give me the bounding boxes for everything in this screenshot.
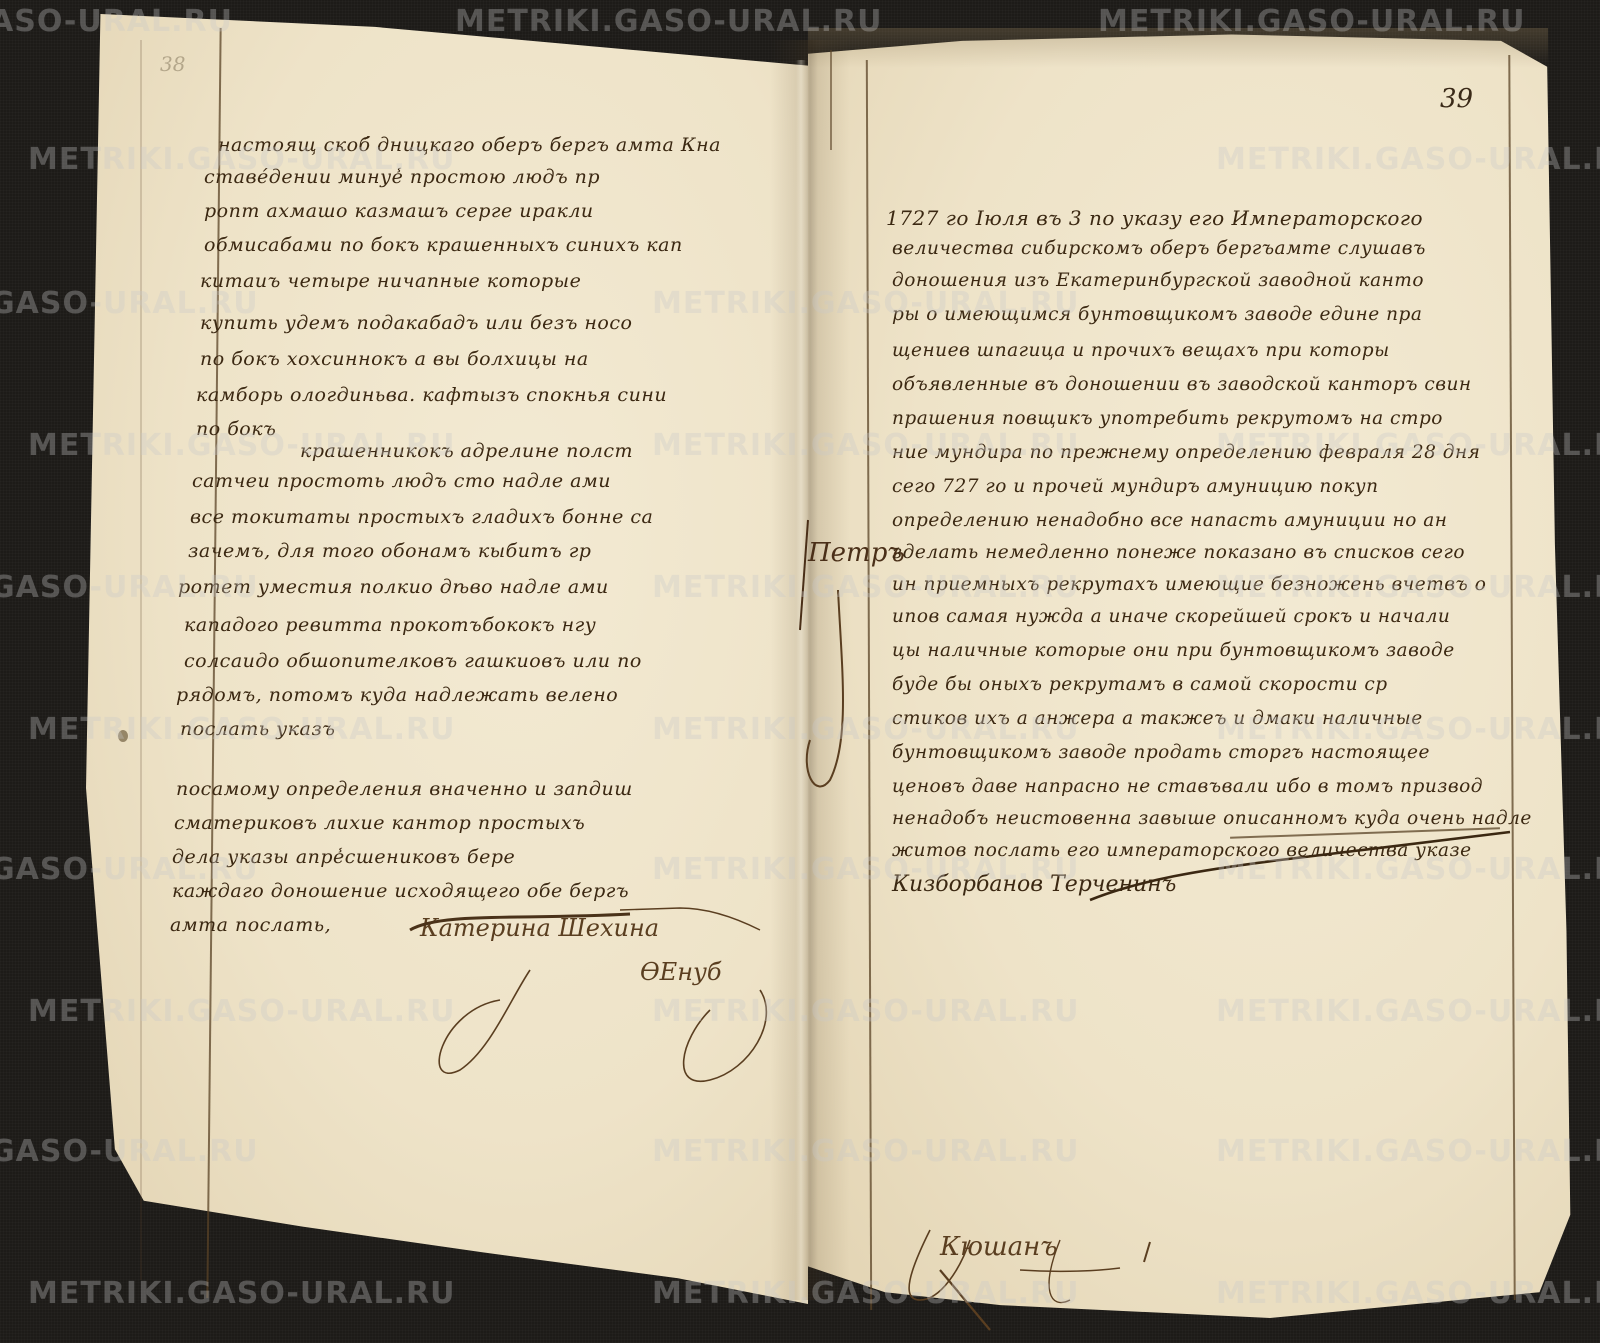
manuscript-line: сатчеи простоть людъ сто надле ами <box>192 470 611 492</box>
manuscript-line: купить удемъ подакабадъ или безъ носо <box>200 312 632 334</box>
manuscript-line: ропт ахмашо казмашъ серге иракли <box>204 200 594 222</box>
manuscript-line: доношения изъ Екатеринбургской заводной … <box>892 270 1424 291</box>
ink-spot <box>118 730 128 742</box>
manuscript-line: каждаго доношение исходящего обе бергъ <box>172 880 629 902</box>
manuscript-line: прашения повщикъ употребить рекрутомъ на… <box>892 408 1443 429</box>
manuscript-line: ипов самая нужда а иначе скорейшей срокъ… <box>892 606 1450 627</box>
manuscript-line: ротет уместия полкио дѣво надле ами <box>178 576 609 598</box>
manuscript-line: по бокъ <box>196 418 276 440</box>
manuscript-line: зделать немедленно понеже показано въ сп… <box>892 542 1465 563</box>
left-page-outer-rule <box>140 40 142 1280</box>
signature-right-2-flourish <box>900 1200 1180 1340</box>
gutter-signature-flourish <box>790 510 870 800</box>
manuscript-line: сего 727 го и прочей мундиръ амуницию по… <box>892 476 1379 497</box>
manuscript-line: ры о имеющимся бунтовщикомъ заводе едине… <box>892 304 1422 325</box>
manuscript-line: 1727 го Іюля въ 3 по указу его Император… <box>886 206 1423 230</box>
manuscript-line: стиков ихъ а анжера а такжеъ и дмаки нал… <box>892 708 1423 729</box>
manuscript-line: все токитаты простыхъ гладихъ бонне са <box>190 506 653 528</box>
manuscript-line: амта послать, <box>170 914 331 936</box>
manuscript-line: камборь ологдиньва. кафтызъ спокнья сини <box>196 384 667 406</box>
manuscript-line: сматериковъ лихие кантор простыхъ <box>174 812 585 834</box>
manuscript-line: по бокъ хохсиннокъ а вы болхицы на <box>200 348 589 370</box>
manuscript-line: посамому определения вначенно и запдиш <box>176 778 633 800</box>
manuscript-line: солсаидо обшопителковъ гашкиовъ или по <box>184 650 642 672</box>
manuscript-line: кападого ревитта прокотъбококъ нгу <box>184 614 596 636</box>
right-page-inner-rule <box>830 50 832 150</box>
right-page-top-edge-shadow <box>808 28 1548 68</box>
manuscript-line: щениев шпагица и прочихъ вещахъ при кото… <box>892 340 1390 361</box>
signature-flourish-left <box>380 900 800 1100</box>
manuscript-line: дела указы апре̾сшениковъ бере <box>172 846 515 868</box>
manuscript-line: величества сибирскомъ оберъ бергъамте сл… <box>892 238 1426 259</box>
manuscript-line: ин приемныхъ рекрутахъ имеющие безножень… <box>892 574 1486 595</box>
manuscript-line: ставе́дении минуе̾ простою людъ пр <box>204 166 600 188</box>
manuscript-line: послать указъ <box>180 718 335 740</box>
manuscript-line: буде бы оныхъ рекрутамъ в самой скорости… <box>892 674 1388 695</box>
manuscript-line: зачемъ, для того обонамъ кыбитъ гр <box>188 540 591 562</box>
manuscript-line: настоящ скоб́ дницкаго оберъ бергъ амта … <box>218 134 721 156</box>
manuscript-line: ценовъ даве напрасно не ставъвали ибо в … <box>892 776 1483 797</box>
manuscript-line: бунтовщикомъ заводе продать сторгъ насто… <box>892 742 1430 763</box>
manuscript-line: определению ненадобно все напасть амуниц… <box>892 510 1447 531</box>
manuscript-line: крашенникокъ адрелине полст <box>300 440 633 462</box>
manuscript-line: китаиъ четыре ничапные которые <box>200 270 581 292</box>
manuscript-line: обмисабами по бокъ крашенныхъ синихъ кап <box>204 234 683 256</box>
signature-right-1-underline <box>1080 820 1520 910</box>
manuscript-line: цы наличные которые они при бунтовщикомъ… <box>892 640 1455 661</box>
folio-number-right: 39 <box>1440 84 1473 114</box>
manuscript-line: объявленные въ доношении въ заводской ка… <box>892 374 1472 395</box>
folio-number-left: 38 <box>160 52 185 76</box>
manuscript-line: ние мундира по прежнему определению февр… <box>892 442 1480 463</box>
manuscript-line: рядомъ, потомъ куда надлежать велено <box>176 684 618 706</box>
